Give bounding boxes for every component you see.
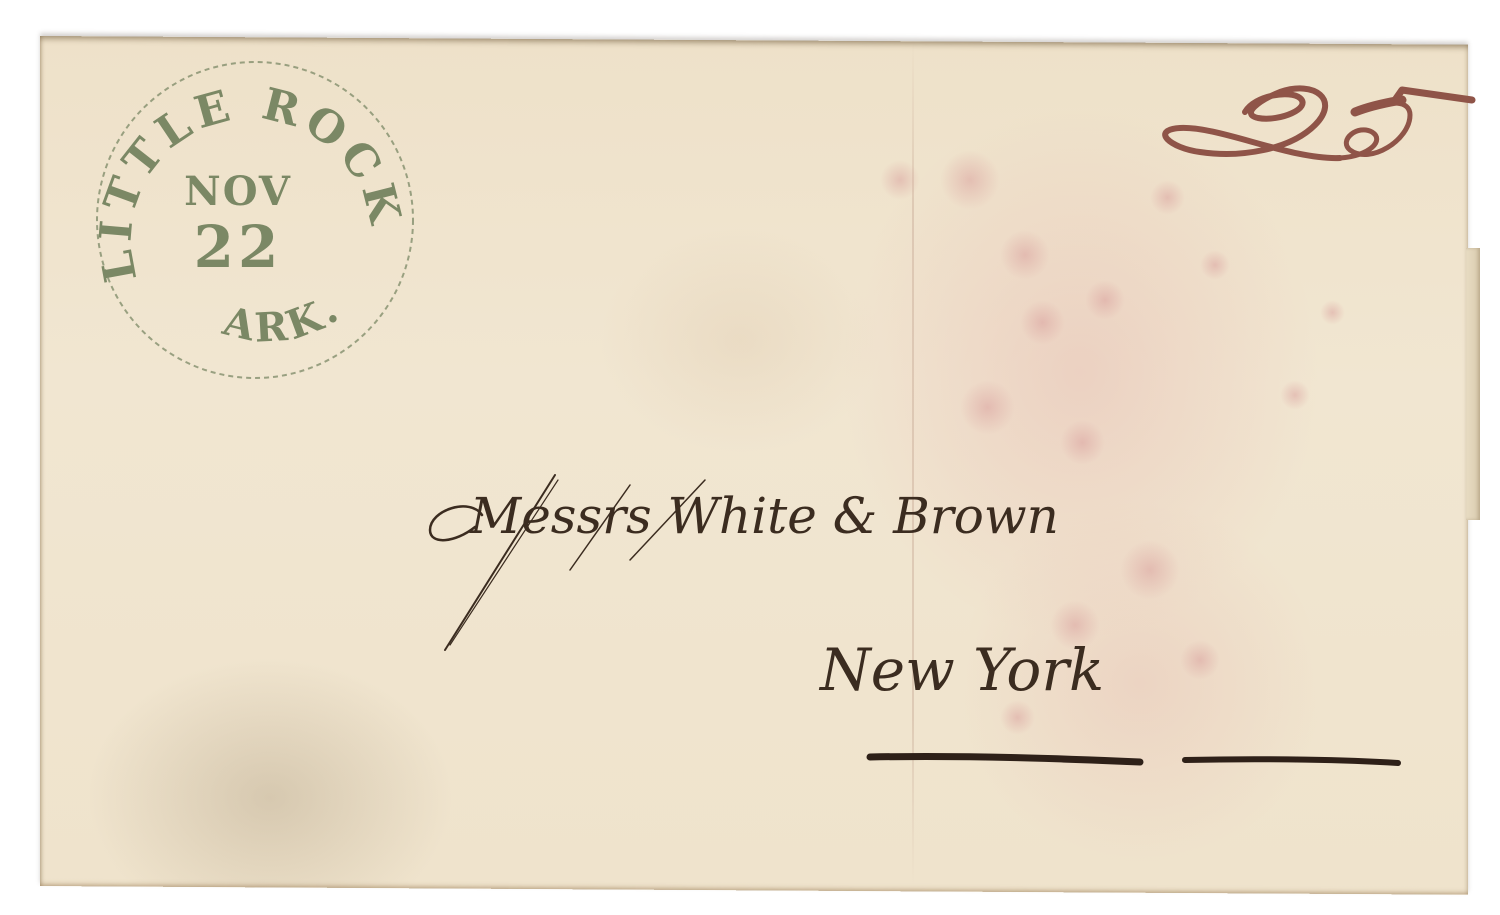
postmark-day: 22 (194, 213, 283, 281)
address-underline (870, 756, 1398, 763)
postage-rate-marking: 25 (1140, 70, 1485, 190)
postmark: LITTLE ROCK ARK. NOV 22 (70, 45, 440, 395)
foxing-spot (1020, 300, 1065, 345)
foxing-spot (940, 150, 1000, 210)
foxing-spot (1085, 280, 1125, 320)
address-line-1: Messrs White & Brown (469, 487, 1059, 545)
foxing-spot (1320, 300, 1345, 325)
scan-stage: LITTLE ROCK ARK. NOV 22 25 Messrs White … (0, 0, 1500, 915)
address-line-2: New York (818, 636, 1104, 704)
rate-25-glyph (1140, 70, 1485, 190)
foxing-spot (960, 380, 1015, 435)
postmark-month: NOV (184, 168, 292, 215)
foxing-spot (1280, 380, 1310, 410)
foxing-spot (1200, 250, 1230, 280)
folded-flap-edge (1466, 248, 1480, 520)
foxing-spot (880, 160, 920, 200)
postmark-state: ARK. (218, 284, 350, 351)
foxing-spot (1000, 230, 1050, 280)
handwriting: Messrs White & Brown New York (420, 455, 1420, 795)
recipient-address: Messrs White & Brown New York Messrs Whi… (420, 455, 1420, 795)
